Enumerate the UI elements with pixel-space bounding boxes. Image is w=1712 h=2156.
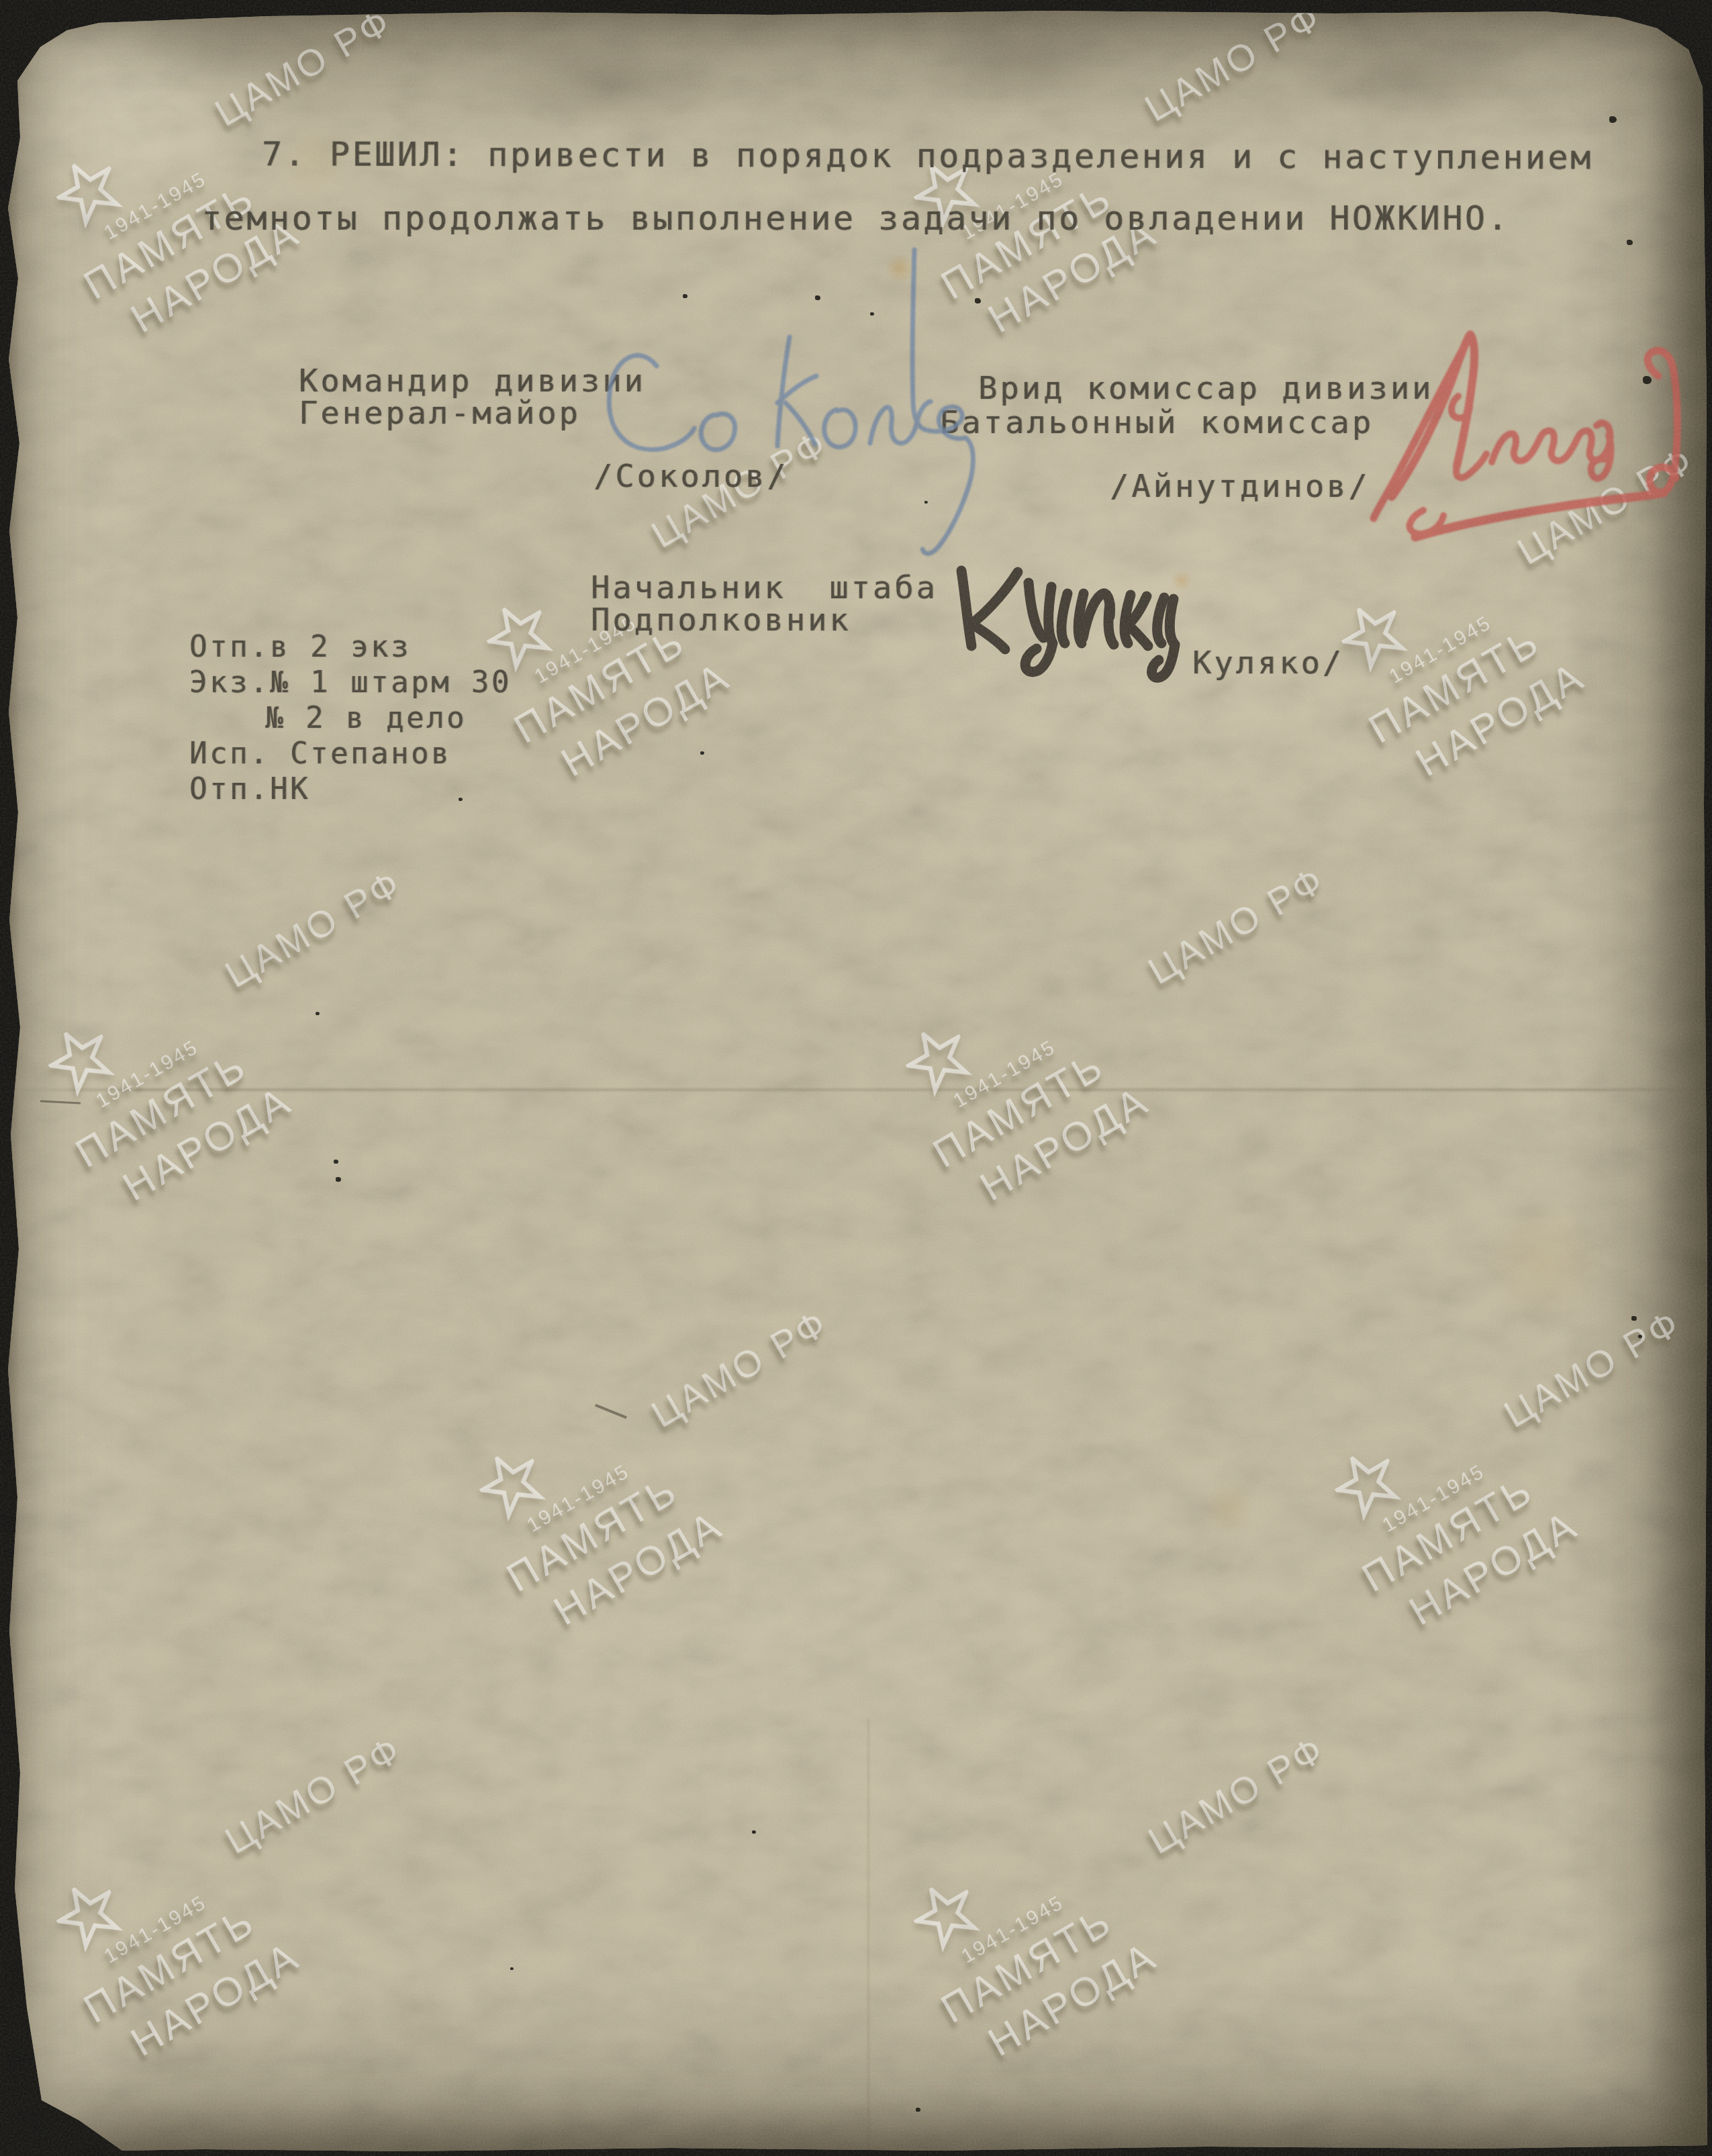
paper-speck — [815, 295, 820, 300]
paper-stain — [279, 124, 352, 198]
paper-speck — [1609, 116, 1617, 123]
paper-speck — [1643, 376, 1652, 384]
paper-speck — [334, 1160, 338, 1164]
paper-speck — [700, 751, 704, 755]
paper-speck — [870, 312, 874, 316]
paper-stain — [1480, 1199, 1608, 1326]
paper-speck — [924, 501, 928, 504]
signature-sokolov-autograph — [609, 250, 973, 553]
paper-speck — [752, 1830, 756, 1834]
paper-speck — [683, 294, 687, 298]
paper-stain — [376, 1971, 457, 2051]
signatures-layer — [0, 0, 1712, 2156]
paper-speck — [510, 1967, 514, 1970]
paper-speck — [1627, 240, 1633, 245]
document-paper: 1941-1945ПАМЯТЬНАРОДА1941-1945ПАМЯТЬНАРО… — [0, 0, 1712, 2156]
paper-speck — [316, 1012, 320, 1015]
paper-stain — [138, 722, 185, 769]
paper-speck — [1631, 1316, 1637, 1321]
paper-speck — [459, 798, 463, 801]
paper-speck — [1638, 1335, 1642, 1338]
signature-kulyako-autograph — [961, 571, 1175, 677]
paper-speck — [975, 298, 981, 303]
paper-stain — [1171, 570, 1192, 592]
paper-stain — [885, 254, 914, 283]
archival-document-scan: 1941-1945ПАМЯТЬНАРОДА1941-1945ПАМЯТЬНАРО… — [0, 0, 1712, 2156]
paper-speck — [916, 2108, 920, 2112]
signature-ainutdinov-autograph — [1374, 334, 1677, 537]
paper-stain — [1202, 1481, 1255, 1534]
paper-speck — [336, 1177, 341, 1182]
